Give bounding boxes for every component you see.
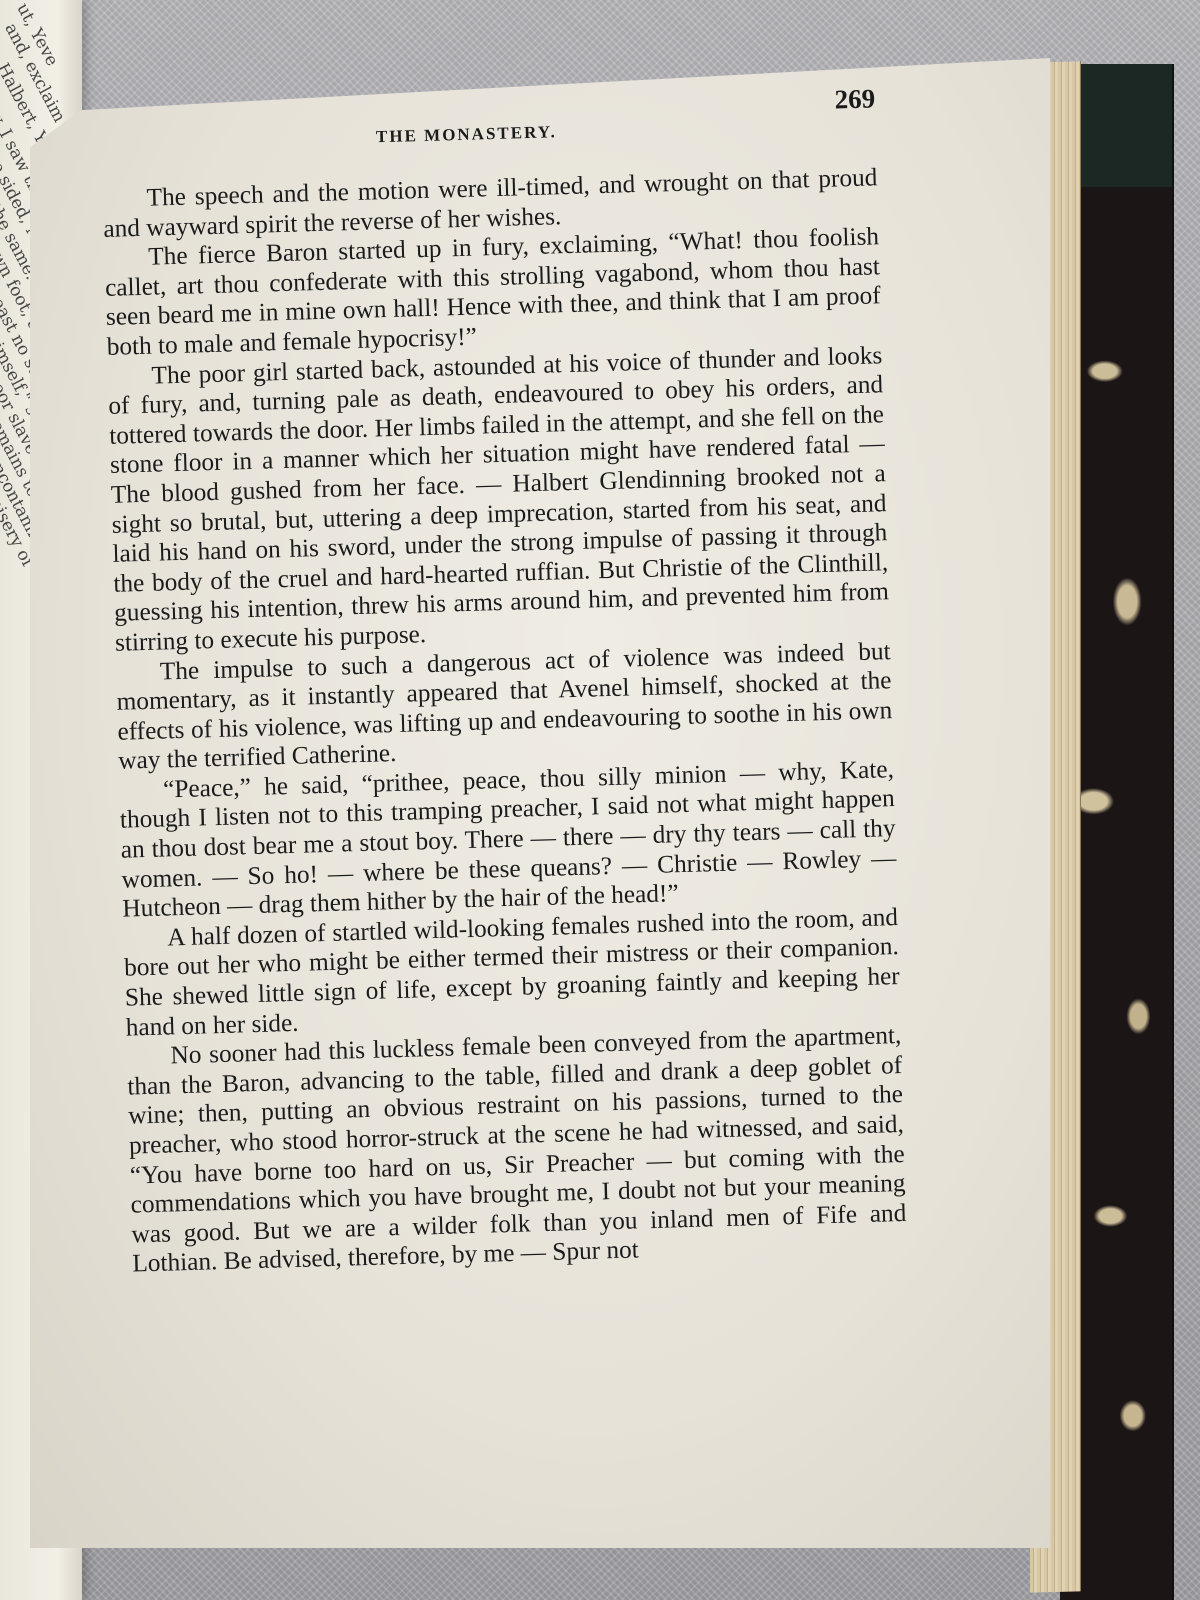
paragraph: The impulse to such a dangerous act of v… <box>115 637 893 777</box>
page-number: 269 <box>834 83 875 115</box>
page-content: THE MONASTERY. 269 The speech and the mo… <box>100 83 908 1279</box>
paragraph: No sooner had this luckless female been … <box>126 1021 907 1279</box>
body-text: The speech and the motion were ill-timed… <box>102 163 907 1279</box>
paragraph: “Peace,” he said, “prithee, peace, thou … <box>119 755 898 925</box>
paragraph: A half dozen of startled wild-looking fe… <box>123 903 901 1043</box>
paragraph: The poor girl started back, astounded at… <box>107 341 890 658</box>
paragraph: The fierce Baron started up in fury, exc… <box>104 222 882 362</box>
running-title: THE MONASTERY. <box>376 122 557 147</box>
